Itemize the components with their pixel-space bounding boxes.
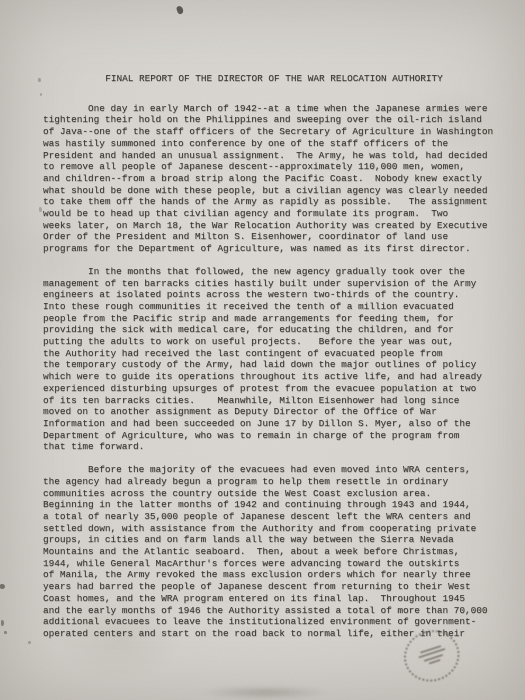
ink-speck (28, 641, 31, 644)
ink-speck (39, 207, 42, 212)
scanned-document-page: FINAL REPORT OF THE DIRECTOR OF THE WAR … (0, 0, 525, 700)
document-body: FINAL REPORT OF THE DIRECTOR OF THE WAR … (43, 73, 505, 651)
paragraph-3: Before the majority of the evacuees had … (43, 464, 505, 640)
ink-speck (38, 78, 41, 82)
ink-speck (4, 631, 7, 634)
ink-speck (0, 584, 5, 589)
ink-speck (176, 5, 184, 15)
scan-smudge (200, 686, 330, 699)
document-title: FINAL REPORT OF THE DIRECTOR OF THE WAR … (43, 73, 505, 85)
paragraph-2: In the months that followed, the new age… (43, 266, 505, 453)
ink-speck (40, 93, 42, 96)
paragraph-1: One day in early March of 1942--at a tim… (43, 103, 505, 255)
ink-speck (1, 620, 4, 626)
